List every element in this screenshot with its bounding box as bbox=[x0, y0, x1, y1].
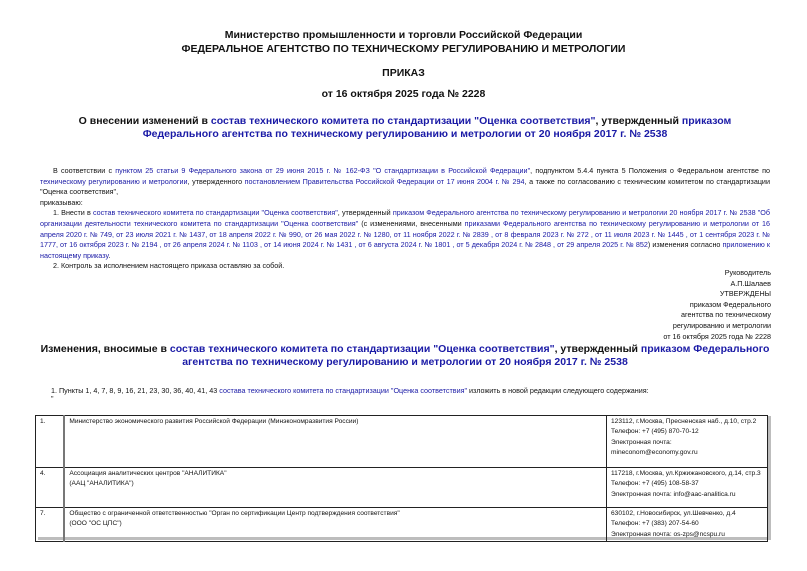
document-title: О внесении изменений в состав техническо… bbox=[40, 115, 770, 141]
email: Электронная почта: os-zps@ncspu.ru bbox=[611, 530, 763, 540]
title-text: , утвержденный bbox=[596, 115, 682, 127]
title-text: О внесении изменений в bbox=[79, 115, 211, 127]
row-number: 4. bbox=[36, 468, 65, 508]
point-text: 1. Внести в bbox=[53, 208, 93, 217]
point-text: (с изменениями, внесенными bbox=[358, 219, 464, 228]
table-row: 1. Министерство экономического развития … bbox=[36, 416, 768, 468]
organization-name: Ассоциация аналитических центров "АНАЛИТ… bbox=[69, 469, 602, 479]
phone: Телефон: +7 (383) 207-54-60 bbox=[611, 519, 763, 529]
preamble-text: , подпунктом 5.4.4 пункта 5 Положения о … bbox=[530, 166, 770, 175]
item-text: изложить в новой редакции следующего сод… bbox=[467, 386, 649, 395]
email: mineconom@economy.gov.ru bbox=[611, 448, 763, 458]
agency-name: ФЕДЕРАЛЬНОЕ АГЕНТСТВО ПО ТЕХНИЧЕСКОМУ РЕ… bbox=[0, 43, 807, 55]
approval-line: агентства по техническому bbox=[571, 310, 771, 321]
preamble-paragraph: В соответствии с пунктом 25 статьи 9 Фед… bbox=[40, 166, 770, 198]
contacts-cell: 630102, г.Новосибирск, ул.Шевченко, д.4 … bbox=[607, 508, 768, 542]
address: 630102, г.Новосибирск, ул.Шевченко, д.4 bbox=[611, 509, 763, 519]
organization-name: Общество с ограниченной ответственностью… bbox=[69, 509, 602, 519]
contacts-cell: 123112, г.Москва, Пресненская наб., д.10… bbox=[607, 416, 768, 468]
item-text: 1. Пункты 1, 4, 7, 8, 9, 16, 21, 23, 30,… bbox=[51, 386, 219, 395]
document-type: ПРИКАЗ bbox=[0, 67, 807, 79]
point-text: . bbox=[108, 251, 110, 260]
phone: Телефон: +7 (495) 108-58-37 bbox=[611, 479, 763, 489]
quote-mark: " bbox=[51, 396, 54, 403]
preamble-text: В соответствии с bbox=[53, 166, 115, 175]
email: Электронная почта: info@aac-analitica.ru bbox=[611, 490, 763, 500]
point-text: ) изменения согласно bbox=[648, 240, 723, 249]
committee-link[interactable]: состав технического комитета по стандарт… bbox=[93, 208, 338, 217]
signer-name: А.П.Шалаев bbox=[571, 279, 771, 290]
preamble-text: , утвержденного bbox=[188, 177, 245, 186]
email-label: Электронная почта: bbox=[611, 438, 763, 448]
federal-law-link[interactable]: пунктом 25 статьи 9 Федерального закона … bbox=[115, 166, 530, 175]
row-number: 1. bbox=[36, 416, 65, 468]
point-1-paragraph: 1. Внести в состав технического комитета… bbox=[40, 208, 770, 261]
approval-line: приказом Федерального bbox=[571, 300, 771, 311]
committee-composition-link[interactable]: состава технического комитета по стандар… bbox=[219, 386, 467, 395]
contacts-cell: 117218, г.Москва, ул.Кржижановского, д.1… bbox=[607, 468, 768, 508]
organization-abbreviation: (ААЦ "АНАЛИТИКА") bbox=[69, 479, 602, 489]
organization-abbreviation: (ООО "ОС ЦПС") bbox=[69, 519, 602, 529]
table-row: 7. Общество с ограниченной ответственнос… bbox=[36, 508, 768, 542]
table-row: 4. Ассоциация аналитических центров "АНА… bbox=[36, 468, 768, 508]
organization-name: Министерство экономического развития Рос… bbox=[69, 417, 602, 427]
appendix-item-1: 1. Пункты 1, 4, 7, 8, 9, 16, 21, 23, 30,… bbox=[51, 386, 751, 396]
appendix-title: Изменения, вносимые в состав техническог… bbox=[40, 343, 770, 369]
ministry-name: Министерство промышленности и торговли Р… bbox=[0, 29, 807, 41]
committee-members-table: 1. Министерство экономического развития … bbox=[35, 415, 768, 542]
committee-link[interactable]: состав технического комитета по стандарт… bbox=[170, 343, 555, 355]
phone: Телефон: +7 (495) 870-70-12 bbox=[611, 427, 763, 437]
approval-line: регулированию и метрологии bbox=[571, 321, 771, 332]
row-number: 7. bbox=[36, 508, 65, 542]
approval-date: от 16 октября 2025 года № 2228 bbox=[571, 332, 771, 343]
order-word: приказываю: bbox=[40, 198, 770, 209]
title-text: Изменения, вносимые в bbox=[41, 343, 170, 355]
organization-cell: Министерство экономического развития Рос… bbox=[64, 416, 606, 468]
agency-link[interactable]: техническому регулированию и метрологии bbox=[40, 177, 188, 186]
document-date-number: от 16 октября 2025 года № 2228 bbox=[0, 88, 807, 100]
organization-cell: Ассоциация аналитических центров "АНАЛИТ… bbox=[64, 468, 606, 508]
signer-position: Руководитель bbox=[571, 268, 771, 279]
organization-cell: Общество с ограниченной ответственностью… bbox=[64, 508, 606, 542]
address: 117218, г.Москва, ул.Кржижановского, д.1… bbox=[611, 469, 763, 479]
point-text: , утвержденный bbox=[338, 208, 393, 217]
government-decree-link[interactable]: постановлением Правительства Российской … bbox=[245, 177, 525, 186]
approved-label: УТВЕРЖДЕНЫ bbox=[571, 289, 771, 300]
table-shadow bbox=[768, 416, 771, 537]
document-body: В соответствии с пунктом 25 статьи 9 Фед… bbox=[40, 166, 770, 272]
title-text: , утвержденный bbox=[555, 343, 641, 355]
signature-block: Руководитель А.П.Шалаев УТВЕРЖДЕНЫ прика… bbox=[571, 268, 771, 342]
committee-link[interactable]: состав технического комитета по стандарт… bbox=[211, 115, 596, 127]
address: 123112, г.Москва, Пресненская наб., д.10… bbox=[611, 417, 763, 427]
